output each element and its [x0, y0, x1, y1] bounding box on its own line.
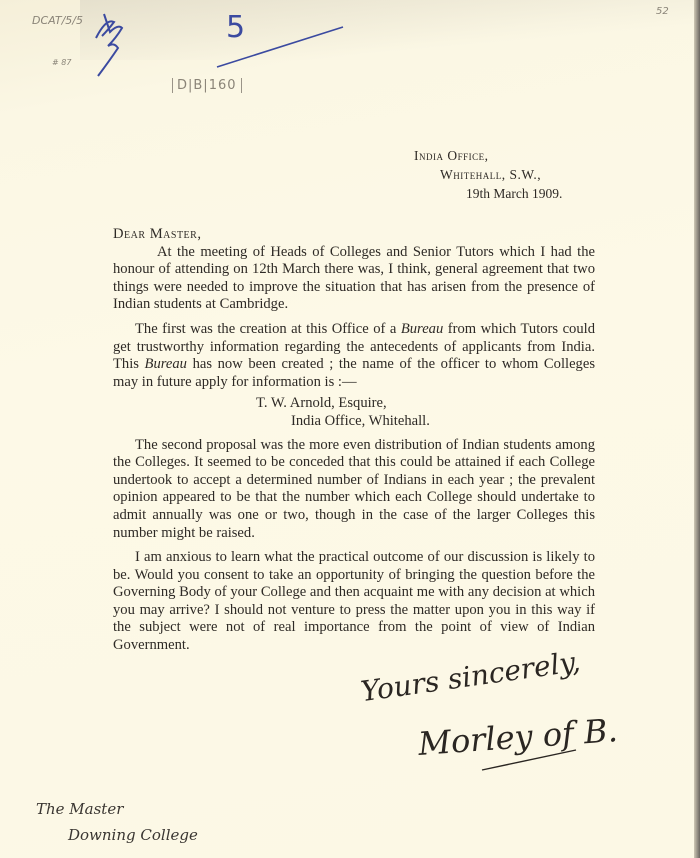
- paragraph-2: The first was the creation at this Offic…: [113, 321, 595, 391]
- letter-body: Dear Master, At the meeting of Heads of …: [113, 226, 595, 655]
- letter-date: 19th March 1909.: [414, 184, 562, 203]
- blue-underline-stroke: [215, 25, 345, 70]
- page-edge: [694, 0, 700, 858]
- paragraph-4: I am anxious to learn what the practical…: [113, 549, 595, 655]
- officer-address: India Office, Whitehall.: [113, 413, 595, 431]
- officer-name: T. W. Arnold, Esquire,: [113, 395, 595, 413]
- archive-reference: DCAT/5/5: [32, 14, 83, 27]
- recipient-line2: Downing College: [68, 826, 198, 844]
- salutation: Dear Master,: [113, 226, 595, 244]
- bureau-emphasis: Bureau: [145, 356, 187, 372]
- page-fold-shadow: [80, 0, 700, 60]
- paragraph-3: The second proposal was the more even di…: [113, 437, 595, 543]
- blue-initials-scribble: [88, 8, 138, 78]
- paragraph-1: At the meeting of Heads of Colleges and …: [113, 244, 595, 314]
- bureau-emphasis: Bureau: [401, 321, 443, 337]
- page-number: 52: [656, 6, 669, 17]
- pencil-note: # 87: [52, 58, 71, 67]
- paragraph-2-text-a: The first was the creation at this Offic…: [135, 321, 401, 337]
- bracket-reference: D|B|160: [172, 78, 242, 93]
- signature-underline: [480, 748, 580, 772]
- letterhead-address: India Office, Whitehall, S.W., 19th Marc…: [414, 146, 562, 203]
- letterhead-line2: Whitehall, S.W.,: [414, 165, 562, 184]
- letterhead-line1: India Office,: [414, 146, 562, 165]
- recipient-line1: The Master: [36, 800, 123, 818]
- officer-address-block: T. W. Arnold, Esquire, India Office, Whi…: [113, 395, 595, 430]
